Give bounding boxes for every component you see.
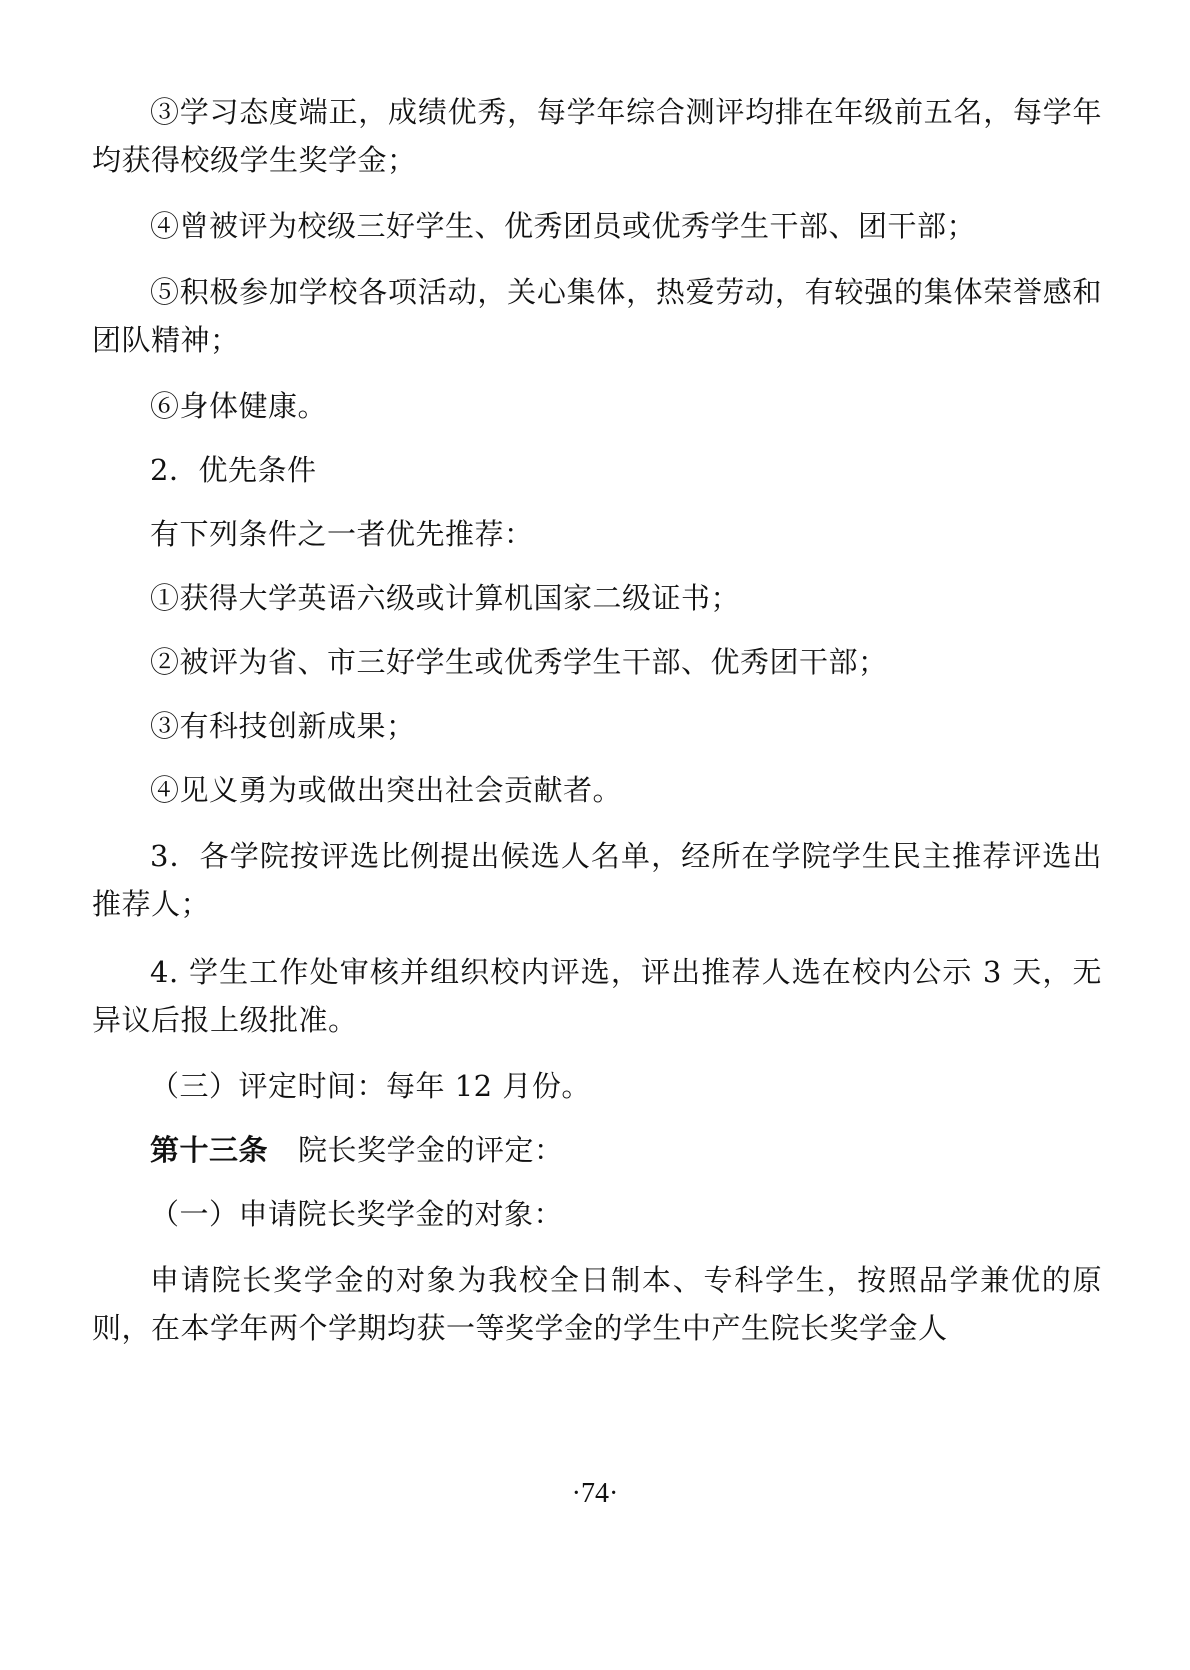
section-heading-priority: 2．优先条件 [92,448,1102,492]
criterion-4: ④曾被评为校级三好学生、优秀团员或优秀学生干部、团干部； [92,204,1102,248]
criterion-5: ⑤积极参加学校各项活动，关心集体，热爱劳动，有较强的集体荣誉感和团队精神； [92,268,1102,364]
section-one-heading: （一）申请院长奖学金的对象： [92,1192,1102,1236]
priority-intro: 有下列条件之一者优先推荐： [92,512,1102,556]
priority-3: ③有科技创新成果； [92,704,1102,748]
priority-1: ①获得大学英语六级或计算机国家二级证书； [92,576,1102,620]
final-paragraph: 申请院长奖学金的对象为我校全日制本、专科学生，按照品学兼优的原则，在本学年两个学… [92,1256,1102,1352]
document-body: ③学习态度端正，成绩优秀，每学年综合测评均排在年级前五名，每学年均获得校级学生奖… [92,88,1102,1372]
priority-2: ②被评为省、市三好学生或优秀学生干部、优秀团干部； [92,640,1102,684]
article-heading: 第十三条院长奖学金的评定： [92,1128,1102,1172]
priority-4: ④见义勇为或做出突出社会贡献者。 [92,768,1102,812]
criterion-6: ⑥身体健康。 [92,384,1102,428]
article-title: 院长奖学金的评定： [298,1133,564,1167]
evaluation-time: （三）评定时间：每年 12 月份。 [92,1064,1102,1108]
article-label: 第十三条 [150,1133,268,1167]
page-number: ·74· [0,1478,1190,1510]
procedure-4: 4. 学生工作处审核并组织校内评选，评出推荐人选在校内公示 3 天，无异议后报上… [92,948,1102,1044]
procedure-3: 3．各学院按评选比例提出候选人名单，经所在学院学生民主推荐评选出推荐人； [92,832,1102,928]
criterion-3: ③学习态度端正，成绩优秀，每学年综合测评均排在年级前五名，每学年均获得校级学生奖… [92,88,1102,184]
